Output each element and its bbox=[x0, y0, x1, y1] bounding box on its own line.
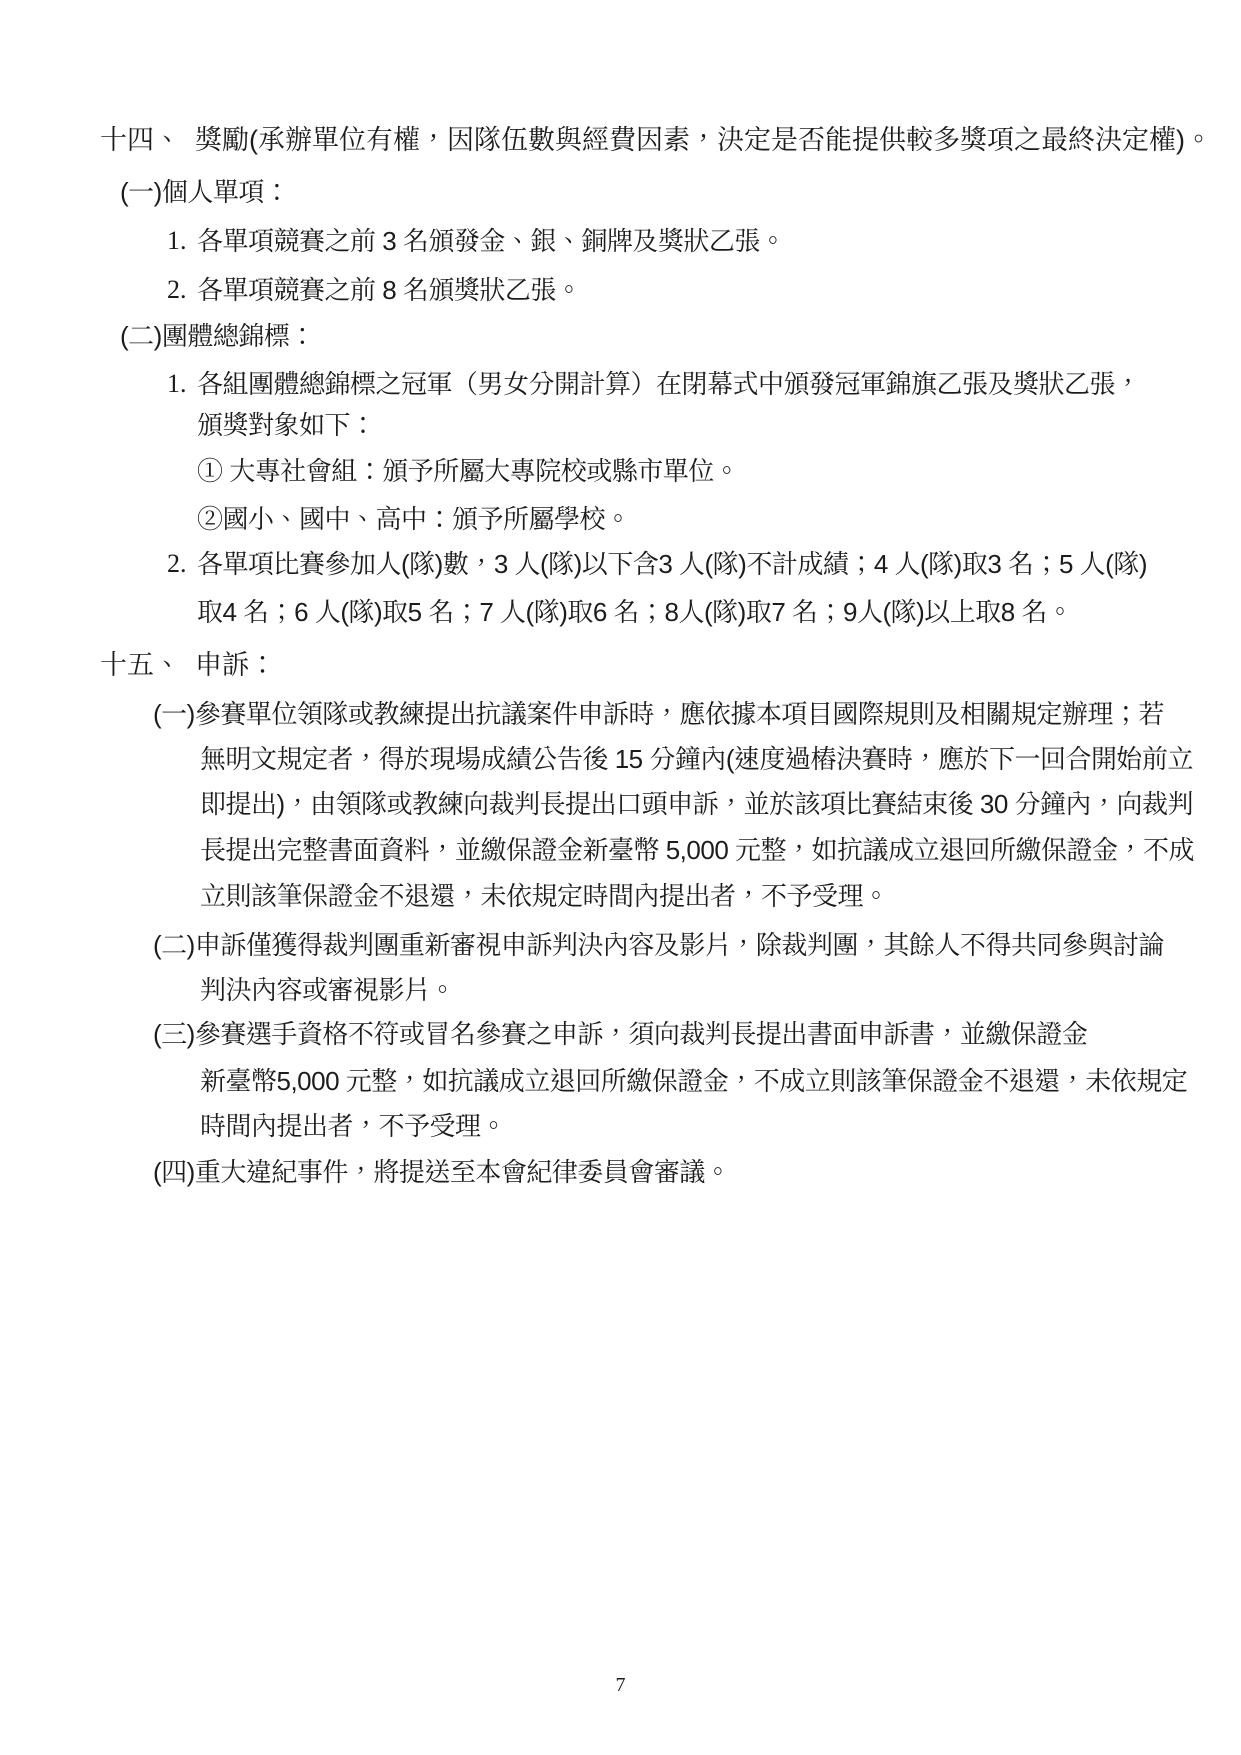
section15-c-line1: (三)參賽選手資格不符或冒名參賽之申訴，須向裁判長提出書面申訴書，並繳保證金 bbox=[153, 1021, 1087, 1047]
section15-heading: 十五、申訴： bbox=[100, 652, 276, 679]
section15-c-line2: 新臺幣5,000 元整，如抗議成立退回所繳保證金，不成立則該筆保證金不退還，未依… bbox=[200, 1068, 1187, 1094]
document-page: 十四、獎勵(承辦單位有權，因隊伍數與經費因素，決定是否能提供較多獎項之最終決定權… bbox=[0, 0, 1241, 1755]
section15-b-line2: 判決內容或審視影片。 bbox=[200, 977, 455, 1003]
section15-c-line3: 時間內提出者，不予受理。 bbox=[200, 1113, 506, 1139]
section15-title: 申訴： bbox=[195, 650, 276, 680]
section14-sub2-label: (二)團體總錦標： bbox=[120, 323, 315, 349]
section14-item3-circle2: ②國小、國中、高中：頒予所屬學校。 bbox=[197, 506, 631, 532]
section14-heading: 十四、獎勵(承辦單位有權，因隊伍數與經費因素，決定是否能提供較多獎項之最終決定權… bbox=[100, 127, 1212, 154]
section15-b-line1: (二)申訴僅獲得裁判團重新審視申訴判決內容及影片，除裁判團，其餘人不得共同參與討… bbox=[153, 932, 1164, 958]
section15-a-line5: 立則該筆保證金不退還，未依規定時間內提出者，不予受理。 bbox=[200, 883, 889, 909]
section14-item3-line1: 1.各組團體總錦標之冠軍（男女分開計算）在閉幕式中頒發冠軍錦旗乙張及獎狀乙張， bbox=[167, 371, 1141, 397]
page-number: 7 bbox=[0, 1674, 1241, 1697]
section15-number: 十五、 bbox=[100, 652, 195, 679]
section15-a-line4: 長提出完整書面資料，並繳保證金新臺幣 5,000 元整，如抗議成立退回所繳保證金… bbox=[200, 837, 1194, 863]
section14-item4-line2: 取4 名；6 人(隊)取5 名；7 人(隊)取6 名；8人(隊)取7 名；9人(… bbox=[197, 599, 1072, 625]
section14-item4-line1: 2.各單項比賽參加人(隊)數，3 人(隊)以下含3 人(隊)不計成績；4 人(隊… bbox=[167, 551, 1147, 577]
section14-sub1-label: (一)個人單項： bbox=[120, 179, 289, 205]
item4-number: 2. bbox=[167, 551, 197, 577]
section14-number: 十四、 bbox=[100, 127, 195, 154]
item1-text: 各單項競賽之前 3 名頒發金、銀、銅牌及獎狀乙張。 bbox=[197, 226, 785, 256]
section15-a-line2: 無明文規定者，得於現場成績公告後 15 分鐘內(速度過樁決賽時，應於下一回合開始… bbox=[200, 746, 1193, 772]
section14-item3-line2: 頒獎對象如下： bbox=[197, 412, 376, 438]
item3-number: 1. bbox=[167, 371, 197, 397]
section15-a-line1: (一)參賽單位領隊或教練提出抗議案件申訴時，應依據本項目國際規則及相關規定辦理；… bbox=[153, 701, 1164, 727]
item1-number: 1. bbox=[167, 228, 197, 254]
section15-d-line1: (四)重大違紀事件，將提送至本會紀律委員會審議。 bbox=[153, 1159, 730, 1185]
section15-a-line3: 即提出)，由領隊或教練向裁判長提出口頭申訴，並於該項比賽結束後 30 分鐘內，向… bbox=[200, 791, 1193, 817]
item4-text-line1: 各單項比賽參加人(隊)數，3 人(隊)以下含3 人(隊)不計成績；4 人(隊)取… bbox=[197, 549, 1147, 579]
section14-item1: 1.各單項競賽之前 3 名頒發金、銀、銅牌及獎狀乙張。 bbox=[167, 228, 785, 254]
item2-text: 各單項競賽之前 8 名頒獎狀乙張。 bbox=[197, 275, 581, 305]
section14-item3-circle1: ① 大專社會組：頒予所屬大專院校或縣市單位。 bbox=[197, 458, 739, 484]
section14-title: 獎勵(承辦單位有權，因隊伍數與經費因素，決定是否能提供較多獎項之最終決定權)。 bbox=[195, 125, 1212, 155]
item3-text-line1: 各組團體總錦標之冠軍（男女分開計算）在閉幕式中頒發冠軍錦旗乙張及獎狀乙張， bbox=[197, 369, 1141, 399]
item2-number: 2. bbox=[167, 277, 197, 303]
section14-item2: 2.各單項競賽之前 8 名頒獎狀乙張。 bbox=[167, 277, 581, 303]
